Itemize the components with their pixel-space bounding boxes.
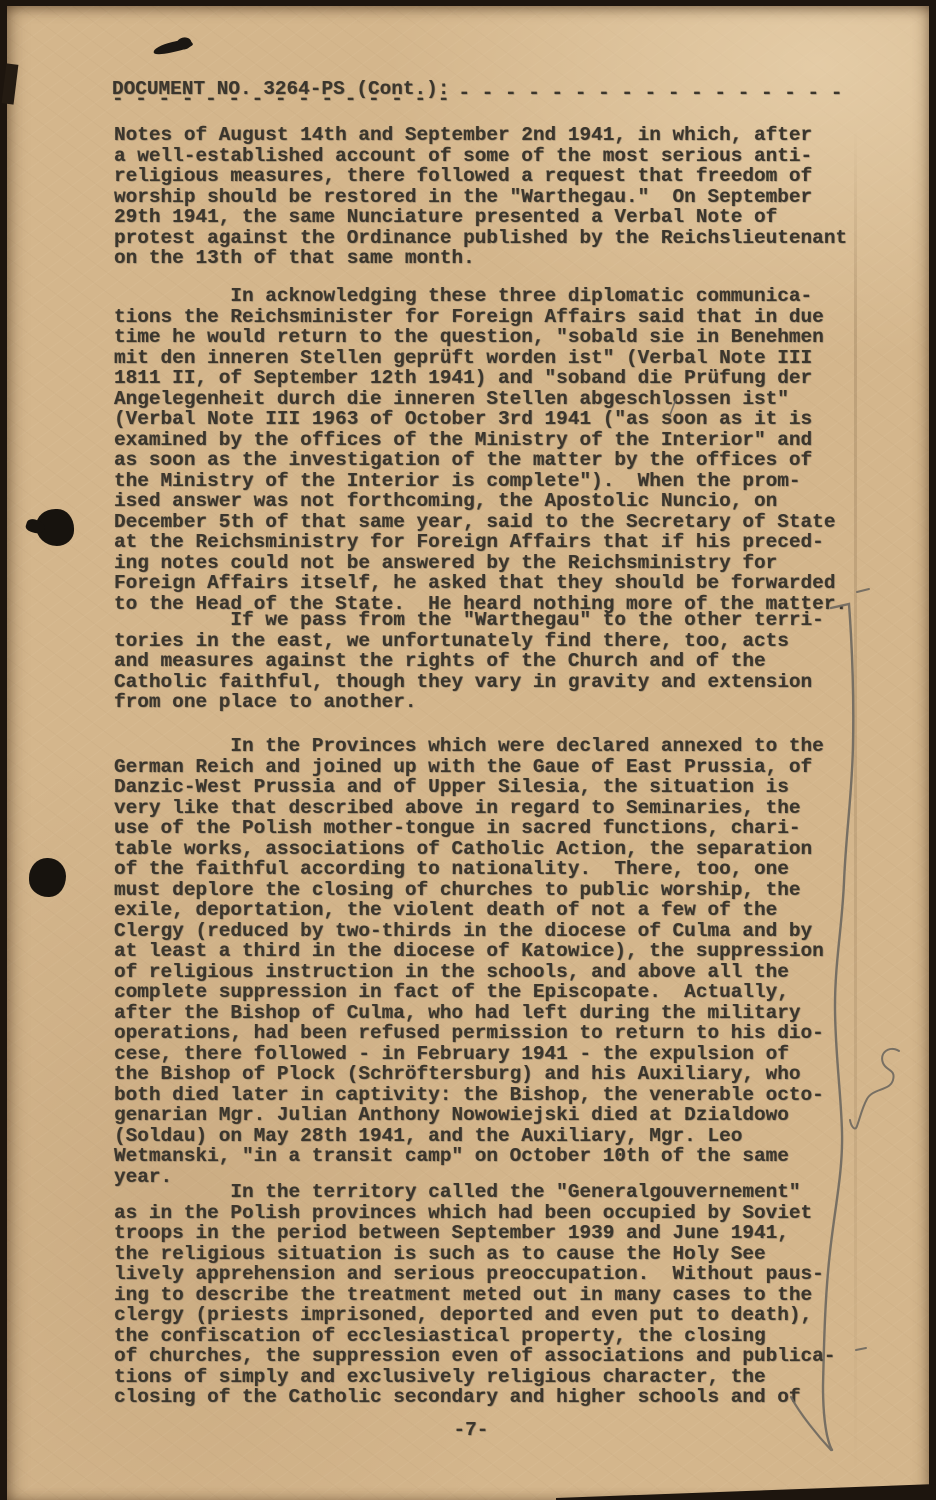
pencil-tick-2: [670, 399, 676, 415]
scanned-document-page: DOCUMENT NO. 3264-PS (Cont.):- - - - - -…: [0, 0, 936, 1500]
hole-punch-top: [36, 509, 74, 546]
pencil-tick-3: [856, 1348, 866, 1350]
pencil-annotation-marks: [0, 0, 936, 1500]
margin-line: [823, 604, 853, 1450]
hole-punch-bottom: [29, 858, 66, 897]
scribble-mark: [850, 1049, 899, 1129]
pencil-tick-1: [857, 589, 869, 592]
